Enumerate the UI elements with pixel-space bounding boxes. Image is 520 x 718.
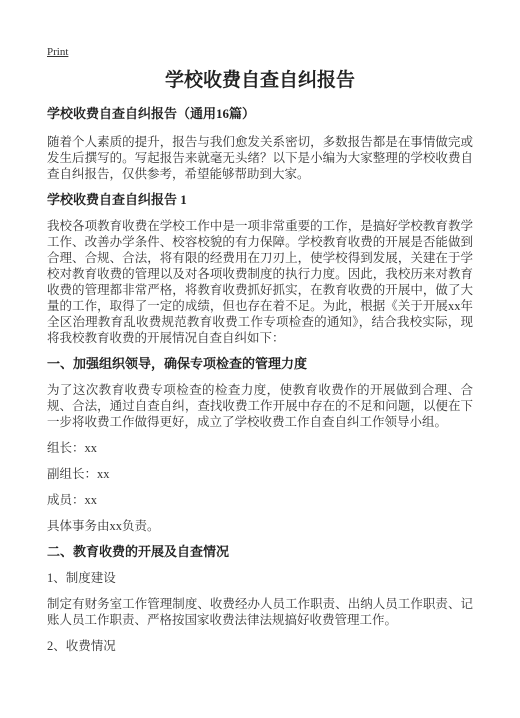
- subsection-1-paragraph: 制定有财务室工作管理制度、收费经办人员工作职责、出纳人员工作职责、记账人员工作职…: [47, 596, 473, 628]
- section-1-paragraph: 为了这次教育收费专项检查的检查力度，使教育收费作的开展做到合理、合规、合法，通过…: [47, 382, 473, 430]
- page-title: 学校收费自查自纠报告: [47, 69, 473, 93]
- section-2-heading: 二、教育收费的开展及自查情况: [47, 544, 473, 560]
- group-leader-line: 组长：xx: [47, 440, 473, 456]
- article-page: Print 学校收费自查自纠报告 学校收费自查自纠报告（通用16篇） 随着个人素…: [0, 0, 520, 654]
- article-subtitle: 学校收费自查自纠报告（通用16篇）: [47, 106, 473, 122]
- report-1-heading: 学校收费自查自纠报告 1: [47, 192, 473, 208]
- subsection-2-title: 2、收费情况: [47, 638, 473, 654]
- report-1-intro-paragraph: 我校各项教育收费在学校工作中是一项非常重要的工作，是搞好学校教育教学工作、改善办…: [47, 218, 473, 346]
- deputy-leader-line: 副组长：xx: [47, 466, 473, 482]
- intro-paragraph: 随着个人素质的提升，报告与我们愈发关系密切，多数报告都是在事情做完或发生后撰写的…: [47, 134, 473, 182]
- subsection-1-title: 1、制度建设: [47, 570, 473, 586]
- affairs-line: 具体事务由xx负责。: [47, 518, 473, 534]
- members-line: 成员：xx: [47, 492, 473, 508]
- print-link[interactable]: Print: [47, 45, 68, 59]
- section-1-heading: 一、加强组织领导，确保专项检查的管理力度: [47, 356, 473, 372]
